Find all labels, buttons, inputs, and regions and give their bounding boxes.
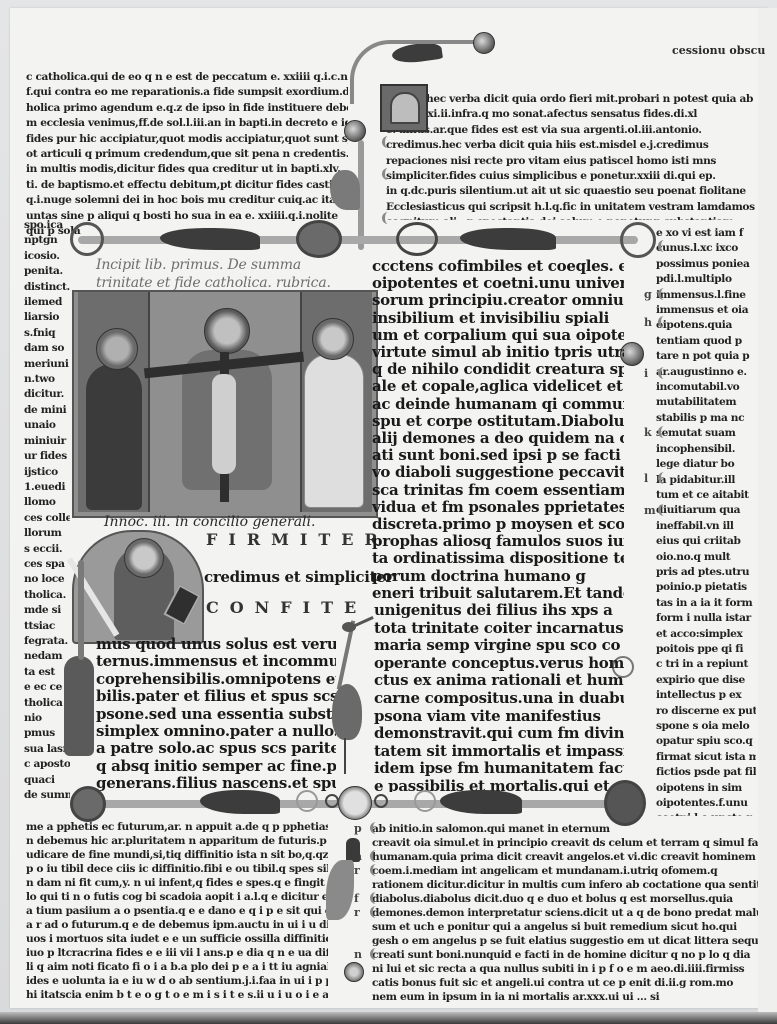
gloss-line: liarsio [24,310,70,325]
heron-body [332,684,362,740]
photo-bottom-edge [0,1012,777,1024]
gloss-line: c apostolo [24,757,70,772]
gloss-bottom-left: me a pphetis ec futurum,ar. n appuit a.d… [26,820,328,1000]
margin-reference-letter: g [644,288,652,301]
text-line: ccctens cofimbiles et coeqles. et co i [372,258,624,275]
halo-icon [96,328,138,370]
text-line: coprehensibilis.omnipotens et ineffa [96,671,336,688]
gloss-line: rationem dicitur.dicitur in multis cum i… [372,878,758,892]
text-line: ternus.immensus et incommutabilis.i [96,653,336,670]
gloss-line: de mini [24,403,70,418]
text-line: vo diaboli suggestione peccavit.Hec [372,464,624,481]
opening-rubric: Incipit lib. primus. De summa trinitate … [96,256,331,292]
roundel-ring-icon [325,794,339,808]
gloss-line: ttsiac [24,619,70,634]
margin-reference-letter: h [644,316,652,329]
gloss-line: ces spa [24,557,70,572]
gloss-line: expirio que dise [656,673,756,688]
gloss-line: simpliciter.fides cuius simplicibus e po… [386,169,756,184]
text-line: a patre solo.ac spus scs pariter ab utro [96,740,336,757]
text-line: vidua et fm psonales pprietates [372,499,624,516]
running-head: cessionu obscu [672,44,765,57]
paragraph-bracket-icon [382,168,391,180]
roundel-ring-icon [374,794,388,808]
gloss-line: creavit oia simul.et in principio creavi… [372,836,758,850]
gloss-line: firmat sicut ista m [656,750,756,765]
margin-reference-letter: i [644,367,648,380]
text-line: unigenitus dei filius ihs xps a [374,602,624,620]
gloss-line: nptgn [24,233,70,248]
gloss-line: c catholica.qui de eo q n e est de pecca… [26,70,348,85]
gloss-line: opatur spiu sco.q [656,734,756,749]
heron-marginal [330,620,370,780]
gloss-line: miniuir [24,434,70,449]
gloss-line: tare n pot quia p [656,349,756,364]
gloss-line: a tium pasiium a o psentia.q e e dano e … [26,904,328,918]
margin-reference-letter: p [354,822,362,835]
gloss-line: stabilis p ma nc [656,411,756,426]
gloss-line: ro discerne ex put [656,704,756,719]
scroll-curl-icon [70,786,106,822]
gloss-line: ab initio.in salomon.qui manet in eternu… [372,822,758,836]
text-line: ta ordinatissima dispositione tem [372,550,624,567]
gloss-line: ijstico [24,465,70,480]
gloss-line: holica primo agendum e.q.z de ipso in fi… [26,101,348,116]
gloss-line: poinio.p pietatis [656,580,756,595]
gloss-line: immensus et oia [656,303,756,318]
gloss-line: mde si [24,603,70,618]
gloss-line: n debemus hic ar.pluritatem n apparitum … [26,834,328,848]
text-line: ale et copale,aglica videlicet et mundan… [372,378,624,395]
paragraph-bracket-icon [370,948,379,960]
gloss-line: e xo vi est iam f [656,226,756,241]
gloss-line: incophensibil. [656,442,756,457]
margin-reference-letter: l [644,472,648,485]
gloss-line: spone s oia melo [656,719,756,734]
gloss-line: no loce [24,572,70,587]
gloss-line: repaciones nisi recte pro vitam eius pat… [386,154,756,169]
roundel-icon [344,120,366,142]
gloss-line: creati sunt boni.nunquid e facti in de h… [372,948,758,962]
gloss-line: humanam.quia prima dicit creavit angelos… [372,850,758,864]
scroll-curl-icon [296,220,342,258]
gloss-line: oipotens in sim [656,781,756,796]
small-decorated-initial-a [346,838,360,862]
gloss-line: in multis modis,dicitur fides qua credit… [26,162,348,177]
rubric-line: Incipit lib. primus. De summa [96,256,331,274]
gloss-line: et acco:simplex [656,627,756,642]
gloss-line: ni lui et sic recta a qua nullus subiti … [372,962,758,976]
main-text-left-bottom: mus quod unus solus est verus deus e ter… [96,636,336,796]
roundel-icon [473,32,495,54]
text-line: sorum principiu.creator omnium [372,292,624,309]
text-line: mus quod unus solus est verus deus e [96,636,336,653]
gloss-line: eius qui criitab [656,534,756,549]
sword-icon [67,557,120,637]
gloss-right-margin: e xo vi est iam f cunus.l.xc ixco possim… [656,226,756,816]
gloss-line: p o iu tibil dece ciis ic diffinitio.fib… [26,862,328,876]
gloss-line: ilemed [24,295,70,310]
gloss-line: nem eum in ipsum in ia ni mortalis ar.xx… [372,990,758,1002]
text-line: spu et corpe ostitutam.Diabolus et [372,413,624,430]
gloss-line: tas in a ia it form [656,596,756,611]
gloss-line: quaci [24,773,70,788]
gloss-line: ur fides [24,449,70,464]
gloss-line: sum et uch e ponitur qui a angelus si bu… [372,920,758,934]
margin-reference-letter: r [354,906,360,919]
gloss-line: meriuni [24,357,70,372]
text-line: um et corpalium qui sua oipotenti [372,327,624,344]
gloss-line: cognitum ali...p spectantia dei solum.e … [386,215,756,220]
paragraph-bracket-icon [658,426,667,438]
gloss-line: lo qui ti n o futis cog bi scadoia aopit… [26,890,328,904]
text-line: generans.filius nascens.et spus scs pro [96,775,336,792]
halo-icon [312,318,354,360]
margin-reference-letter: m [644,504,656,517]
gloss-line: demones.demon interpretatur sciens.dicit… [372,906,758,920]
text-line: q absq initio semper ac fine.pater [96,758,336,775]
main-text-right-top: ccctens cofimbiles et coeqles. et co i o… [372,258,624,608]
roundel-ring-icon [414,790,436,812]
page-right-edge [758,8,777,1012]
gloss-line: distinct. [24,280,70,295]
text-line: bilis.pater et filius et spus scs.tres q… [96,688,336,705]
gloss-line: hi itatscia enim b t e o g t o e m i s i… [26,988,328,1000]
paragraph-bracket-icon [658,472,667,484]
text-line: oipotentes et coetni.unu univer [372,275,624,292]
virgin-mary-figure [86,364,142,510]
gloss-line: coem.i.mediam int angelicam et mundanam.… [372,864,758,878]
gloss-line: q.i.nuge solemni dei in hoc bois mu cred… [26,193,348,208]
margin-reference-letter: f [354,892,359,905]
text-line: tota trinitate coiter incarnatus ex [374,620,624,638]
text-line: psone.sed una essentia substantia seu na… [96,706,336,723]
paragraph-bracket-icon [370,822,379,834]
gloss-line: diabolus.diabolus dicit.duo q e duo et b… [372,892,758,906]
scroll-curl-icon [396,222,438,256]
vine-stem [350,40,484,104]
gloss-line: me a pphetis ec futurum,ar. n appuit a.d… [26,820,328,834]
face-medallion-icon [338,786,372,820]
council-rubric: Innoc. iii. in concilio generali. [104,514,315,530]
gloss-line: gesh o em angelus p se fuit elatius sugg… [372,934,758,948]
roundel-icon [344,962,364,982]
roundel-ring-icon [296,790,318,812]
text-line: porum doctrina humano g [372,568,624,585]
text-line: carne compositus.una in duabus naturis [374,690,624,708]
margin-reference-letter: r [354,864,360,877]
halo-icon [124,538,164,578]
gloss-line: fegrata. [24,634,70,649]
display-caps-firmiter: FIRMITER [206,530,389,549]
text-line: simplex omnino.pater a nullo.filius aut [96,723,336,740]
paragraph-bracket-icon [658,504,667,516]
gloss-line: iuo p ltcracrina fides e e iii vii l ans… [26,946,328,960]
halo-icon [204,308,250,354]
incipit-line: credimus et simpliciter [204,566,393,589]
gloss-line: s eccii. [24,542,70,557]
gloss-line: penita. [24,264,70,279]
gloss-line: a r ad o futurum.q e de debemus ipm.auct… [26,918,328,932]
text-line: tatem sit immortalis et impassibilis [374,743,624,761]
gloss-line: credimus.hec verba dicit quia hiis est.m… [386,138,756,153]
gloss-line: tholica. [24,588,70,603]
gloss-line: immensus.l.fine [656,288,756,303]
gloss-line: in q.dc.puris silentium.ut ait ut sic qu… [386,184,756,199]
gloss-line: ar.augustinno e. [656,365,756,380]
gloss-line: diuitiarum qua [656,503,756,518]
text-line: ati sunt boni.sed ipsi p se facti sunt m… [372,447,624,464]
gloss-line: uos i mortuos sita iudet e e un sufficie… [26,932,328,946]
heron-legs [344,738,346,774]
paragraph-bracket-icon [658,316,667,328]
gloss-top-left: c catholica.qui de eo q n e est de pecca… [26,70,348,240]
gloss-line: llorum [24,526,70,541]
gloss-line: poitois ppe qi fi [656,642,756,657]
gloss-line: icosio. [24,249,70,264]
gloss-line: tum et ce aitabit [656,488,756,503]
text-line: idem ipse fm humanitatem factus [374,760,624,778]
text-line: discreta.primo p moysen et scos [372,516,624,533]
gloss-line: n dam ni fit cum,y. n ui infent,q fides … [26,876,328,890]
paragraph-bracket-icon [370,906,379,918]
gloss-line: de summa [24,788,70,803]
text-line: prophas aliosq famulos suos iux [372,533,624,550]
gloss-line: spo.ica [24,218,70,233]
gloss-line: unaio [24,418,70,433]
gloss-line: li q aim noti ficato fi o i a b.a plo de… [26,960,328,974]
gloss-line: c tri in a repiunt [656,657,756,672]
gloss-top-right: ommit.hec verba dicit quia ordo fieri mi… [386,92,756,220]
gloss-line: n.two [24,372,70,387]
gloss-bottom-right: ab initio.in salomon.qui manet in eternu… [372,822,758,1002]
foliage-leaf-icon [330,170,360,210]
gloss-line: intellectus p ex [656,688,756,703]
gloss-line: tentiam quod p [656,334,756,349]
gloss-line: ineffabil.vn ill [656,519,756,534]
text-line: maria semp virgine spu sco co [374,637,624,655]
text-line: operante conceptus.verus homo fa [374,655,624,673]
gloss-line: catis bonus fuit sic et angeli.ui contra… [372,976,758,990]
gloss-line: oio.no.q mult [656,550,756,565]
gloss-line: oipotentes.f.unu [656,796,756,811]
margin-reference-letter: n [354,948,362,961]
historiated-initial-f [72,530,204,644]
gloss-line: nedam [24,649,70,664]
main-text-right-bottom: unigenitus dei filius ihs xps a tota tri… [374,602,624,792]
gloss-line: possimus poniea [656,257,756,272]
gloss-line: 1.euedi [24,480,70,495]
paragraph-bracket-icon [658,288,667,300]
gloss-line: la pidabitur.ill [656,473,756,488]
gloss-line: mutabilitatem [656,395,756,410]
gloss-line: pris ad ptes.utru [656,565,756,580]
margin-reference-letter: k [644,426,652,439]
text-line: q de nihilo condidit creatura spi [372,361,624,378]
gloss-line: coetni.l.o uncte n [656,811,756,816]
gloss-line: ti. de baptismo.et effectu debitum,pt di… [26,178,348,193]
gloss-line: lege diatur bo [656,457,756,472]
paragraph-bracket-icon [658,367,667,379]
text-line: insibilium et invisibiliu spiali [372,310,624,327]
saint-john-figure [304,354,364,508]
paragraph-bracket-icon [382,212,391,224]
vine-stem [78,560,84,660]
scroll-curl-icon [620,222,656,258]
paragraph-bracket-icon [370,892,379,904]
paragraph-bracket-icon [382,136,391,148]
gloss-line: fides pur hic accipiatur,quot modis acci… [26,132,348,147]
text-line: ctus ex anima rationali et humana [374,672,624,690]
paragraph-bracket-icon [370,850,379,862]
scroll-curl-icon [70,222,104,256]
gloss-line: llomo [24,495,70,510]
scroll-curl-icon [604,780,646,826]
gloss-line: ot articuli q primum credendum,que sit p… [26,147,348,162]
gloss-line: f.qui contra eo me reparationis.a fide s… [26,85,348,100]
gloss-line: ides e uolunta ia e iu w d o ab sentium.… [26,974,328,988]
text-line: virtute simul ab initio tpris utra [372,344,624,361]
text-line: psona viam vite manifestius [374,708,624,726]
text-line: ac deinde humanam qi communem ex [372,396,624,413]
gloss-line: dam so [24,341,70,356]
text-line: eneri tribuit salutarem.Et tandem [372,585,624,602]
text-line: alij demones a deo quidem na cri [372,430,624,447]
gloss-line: Ecclesiasticus qui scripsit h.l.q.fic in… [386,200,756,215]
gloss-line: ces colle [24,511,70,526]
gloss-line: udicare de fine mundi,si,tiq diffinitio … [26,848,328,862]
gloss-line: incomutabil.vo [656,380,756,395]
gloss-line: dicitur. [24,387,70,402]
gloss-line: form i nulla istar [656,611,756,626]
display-caps-confite: CONFITE [206,598,367,617]
gloss-line: e. alnus.ar.que fides est est via sua ar… [386,123,756,138]
text-line: demonstravit.qui cum fm divini [374,725,624,743]
gloss-line: fictios psde pat fil [656,765,756,780]
grotesque-figure [64,656,94,756]
crucifixion-trinity-miniature [72,290,378,518]
crucified-christ-figure [212,374,236,474]
text-line: sca trinitas fm coem essentiam indi [372,482,624,499]
gloss-line: pdi.l.multiplo [656,272,756,287]
gloss-line: m ecclesia venimus,ff.de sol.l.iii.an in… [26,116,348,131]
gloss-line: untas sine p aliqui q bosti ho sua in ea… [26,209,348,224]
gloss-line: oipotens.quia [656,318,756,333]
gloss-line: cunus.l.xc ixco [656,241,756,256]
gloss-line: semutat suam [656,426,756,441]
paragraph-bracket-icon [658,240,667,252]
gloss-line: vera di.xi.ii.infra.q mo sonat.afectus s… [386,107,756,122]
paragraph-bracket-icon [370,864,379,876]
gloss-line: s.fniq [24,326,70,341]
